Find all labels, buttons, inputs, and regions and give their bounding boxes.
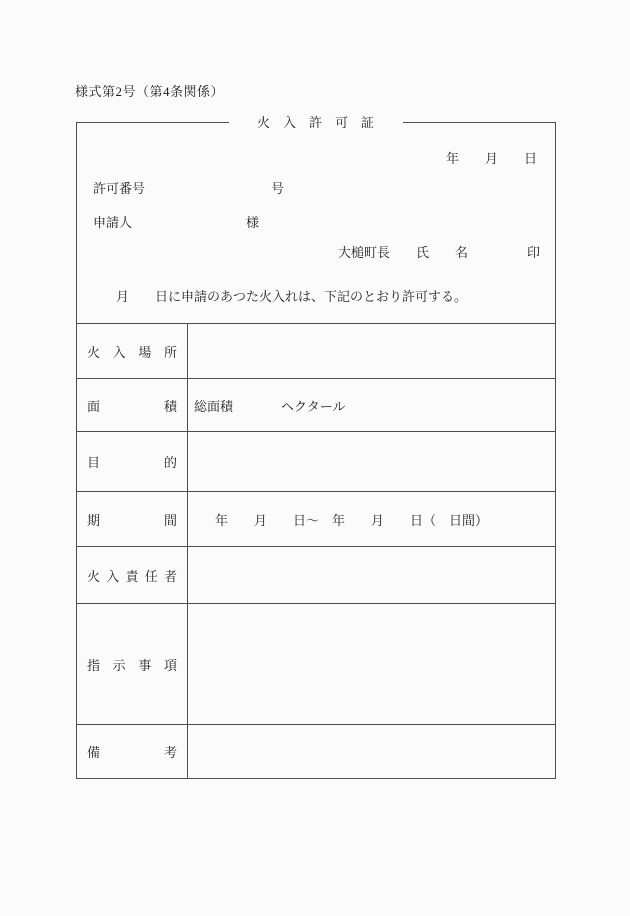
- row-value-area: 総面積 ヘクタール: [188, 379, 555, 431]
- permit-number-row: 許可番号号: [93, 181, 284, 197]
- table-row-purpose: 目的: [77, 431, 555, 491]
- applicant-label: 申請人: [93, 215, 132, 230]
- row-value-purpose: [188, 432, 555, 491]
- permit-number-unit: 号: [271, 181, 284, 196]
- certificate-title: 火入許可証: [229, 114, 403, 131]
- row-label-fire-location: 火入場所: [87, 342, 177, 361]
- row-label-purpose: 目的: [87, 452, 177, 471]
- table-row-responsible-person: 火入責任者: [77, 546, 555, 603]
- table-row-period: 期間 年 月 日～ 年 月 日（ 日間）: [77, 491, 555, 546]
- permit-details-table: 火入場所 面積 総面積 ヘクタール 目的: [77, 323, 555, 778]
- document-page: 様式第2号（第4条関係） 火入許可証 年 月 日 許可番号号 申請人様 大槌町長…: [0, 0, 630, 916]
- row-value-remarks: [188, 725, 555, 778]
- issuer-name-line: 大槌町長 氏 名: [338, 245, 468, 261]
- table-row-area: 面積 総面積 ヘクタール: [77, 378, 555, 431]
- form-number-label: 様式第2号（第4条関係）: [75, 81, 224, 100]
- area-total-label: 総面積: [194, 396, 233, 415]
- row-label-area: 面積: [87, 396, 177, 415]
- row-label-responsible-person: 火入責任者: [87, 566, 177, 585]
- row-label-remarks: 備考: [87, 742, 177, 761]
- issuer-row: 大槌町長 氏 名 印: [77, 245, 555, 261]
- row-value-period: 年 月 日～ 年 月 日（ 日間）: [188, 492, 555, 546]
- table-row-remarks: 備考: [77, 724, 555, 778]
- permission-statement: 月 日に申請のあつた火入れは、下記のとおり許可する。: [116, 289, 467, 305]
- table-row-instructions: 指示事項: [77, 603, 555, 724]
- issue-date-line: 年 月 日: [446, 151, 537, 167]
- row-value-responsible-person: [188, 547, 555, 603]
- table-row-fire-location: 火入場所: [77, 323, 555, 378]
- row-value-fire-location: [188, 324, 555, 378]
- area-unit-label: ヘクタール: [281, 396, 345, 415]
- row-label-instructions: 指示事項: [87, 655, 177, 674]
- applicant-row: 申請人様: [93, 215, 259, 231]
- seal-placeholder: 印: [527, 245, 540, 261]
- row-value-instructions: [188, 604, 555, 724]
- row-label-period: 期間: [87, 510, 177, 529]
- certificate-box: 火入許可証 年 月 日 許可番号号 申請人様 大槌町長 氏 名 印 月 日に申請…: [76, 122, 556, 779]
- permit-number-label: 許可番号: [93, 181, 145, 196]
- applicant-honorific: 様: [246, 215, 259, 230]
